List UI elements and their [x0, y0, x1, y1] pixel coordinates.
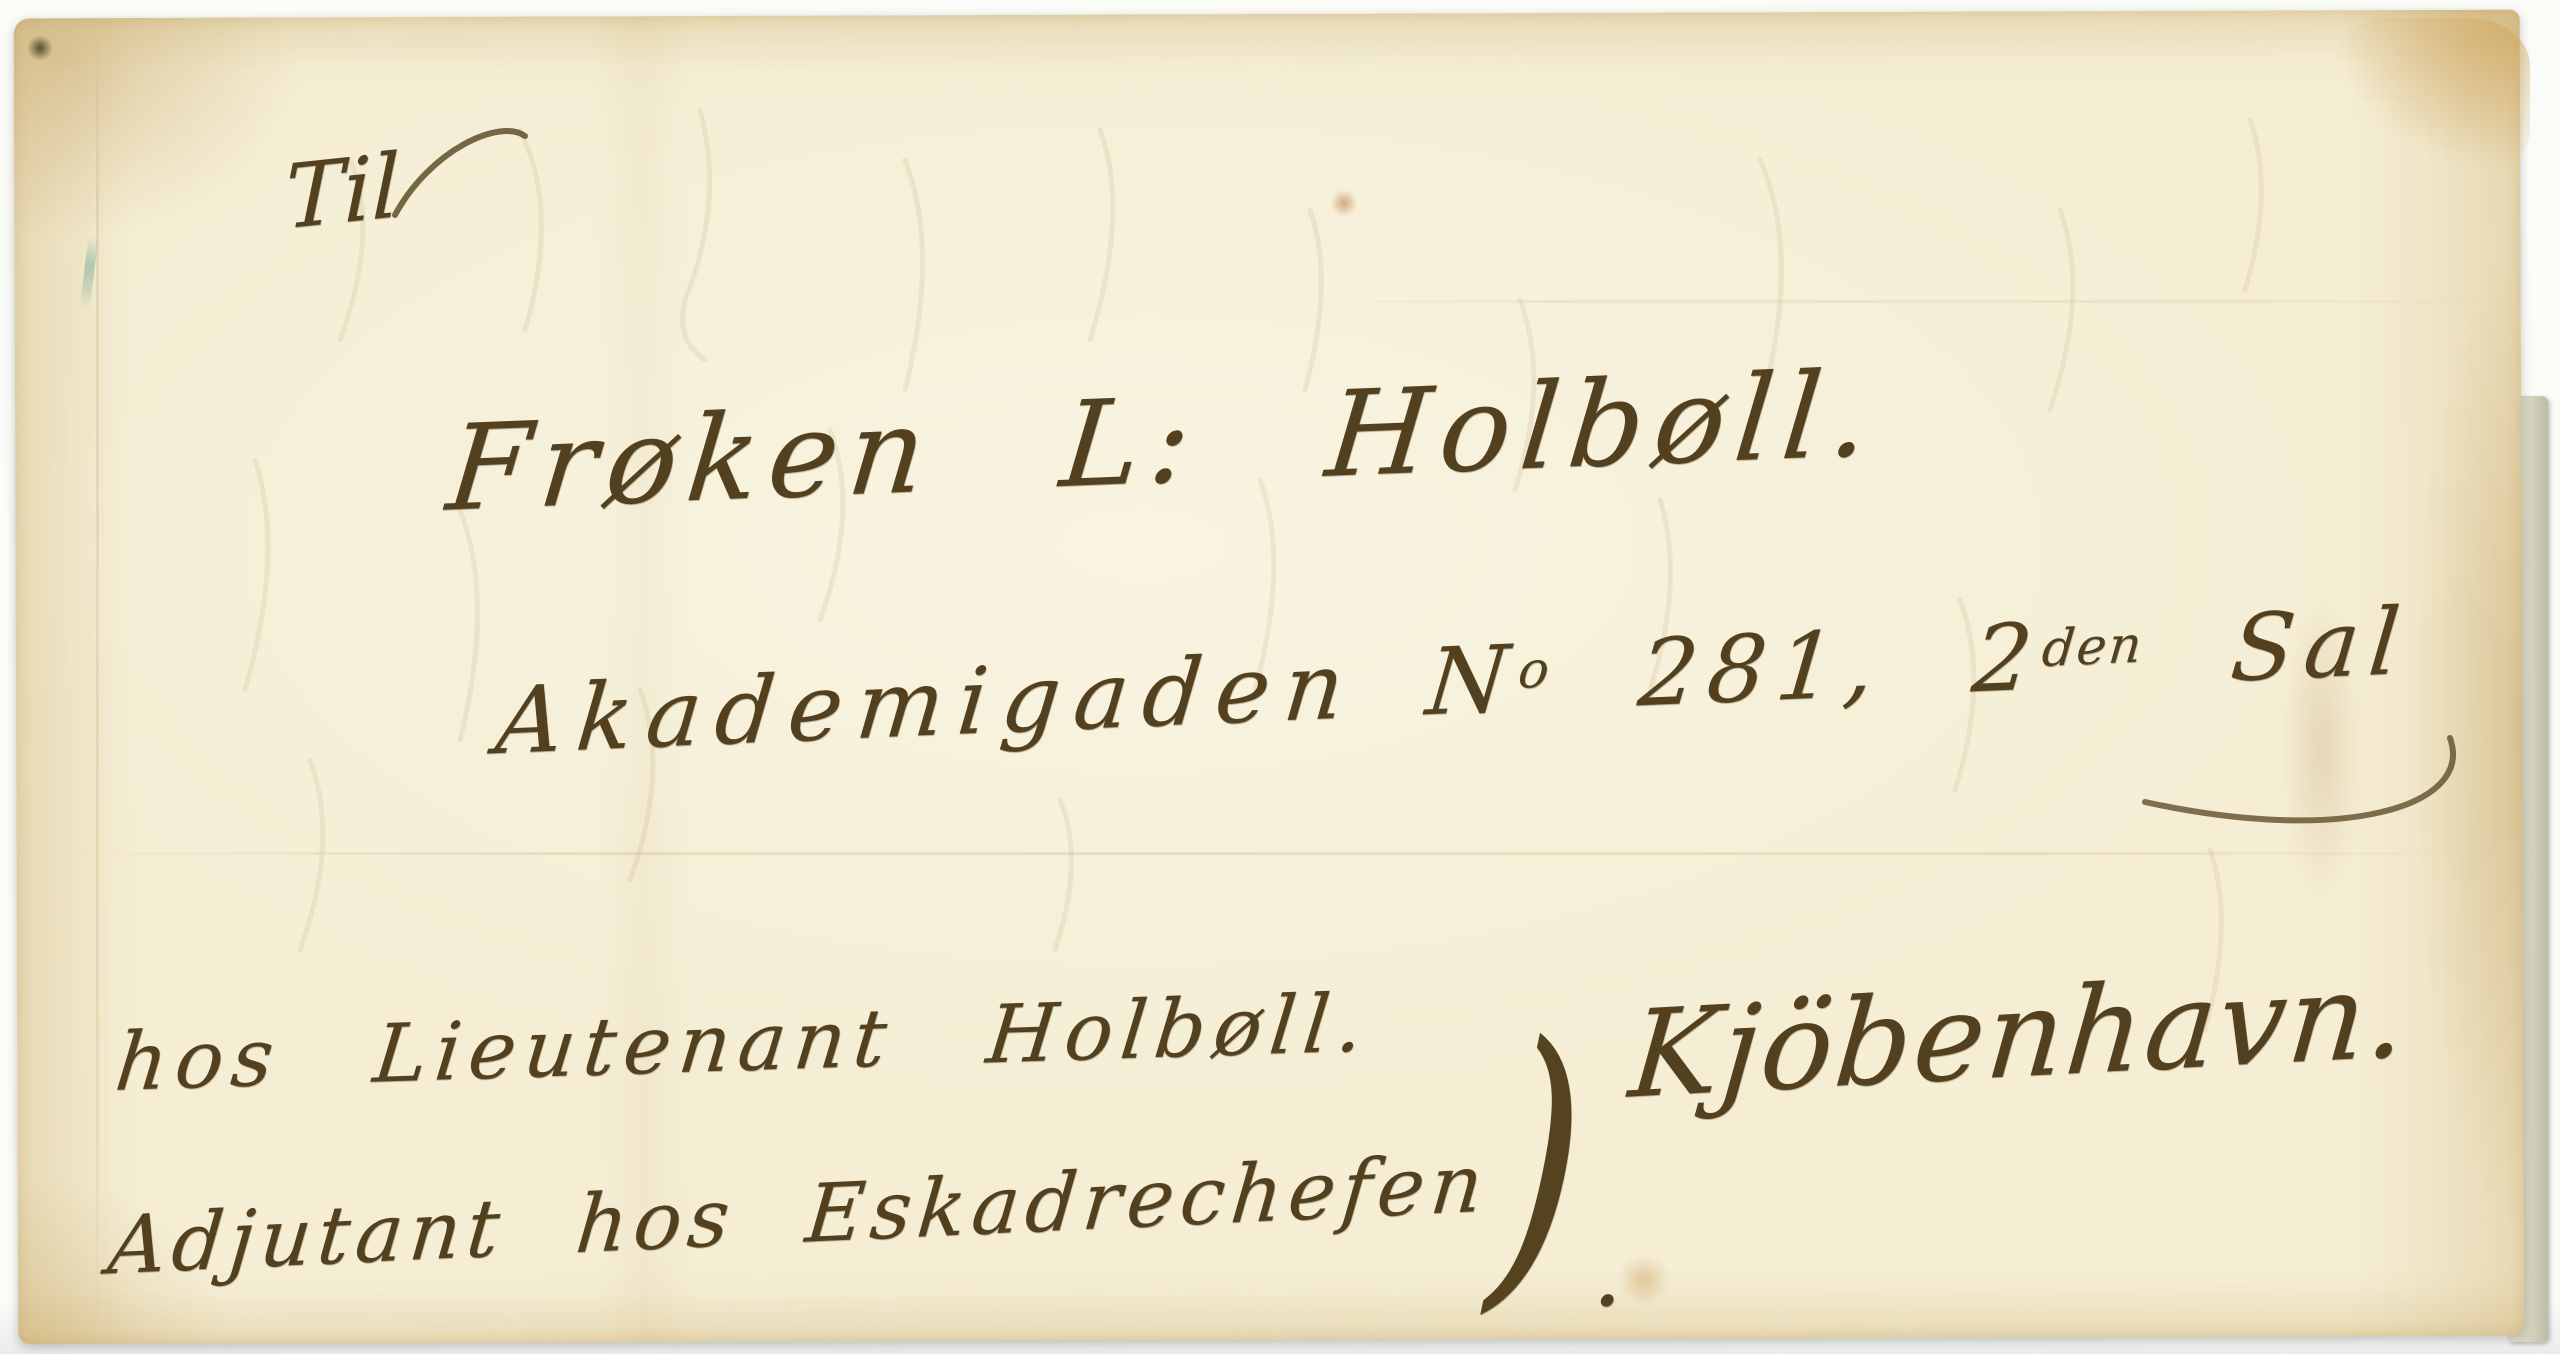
address-number: 281, 2: [1545, 603, 2047, 731]
ink-spot-top-left: [26, 36, 54, 60]
top-right-edge-aging: [2330, 18, 2530, 178]
address-floor: Sal: [2137, 588, 2414, 707]
faint-crease: [1300, 300, 2500, 303]
foxing-spot: [1330, 190, 1358, 216]
address-number-label: N: [1422, 625, 1523, 736]
horizontal-fold-crease: [30, 852, 2510, 855]
salutation-text: Til: [284, 134, 400, 250]
grouping-brace-period-glyph: .: [1592, 1218, 1622, 1328]
address-floor-sup: den: [2040, 614, 2147, 678]
vertical-fold-crease: [96, 20, 99, 1330]
salutation-line: Til: [284, 134, 400, 250]
bottom-stain-spot: [1614, 1258, 1674, 1302]
grouping-brace-period: .: [1592, 1218, 1622, 1328]
scanned-letter-page: { "letter": { "salutation": "Til", "reci…: [0, 0, 2560, 1354]
